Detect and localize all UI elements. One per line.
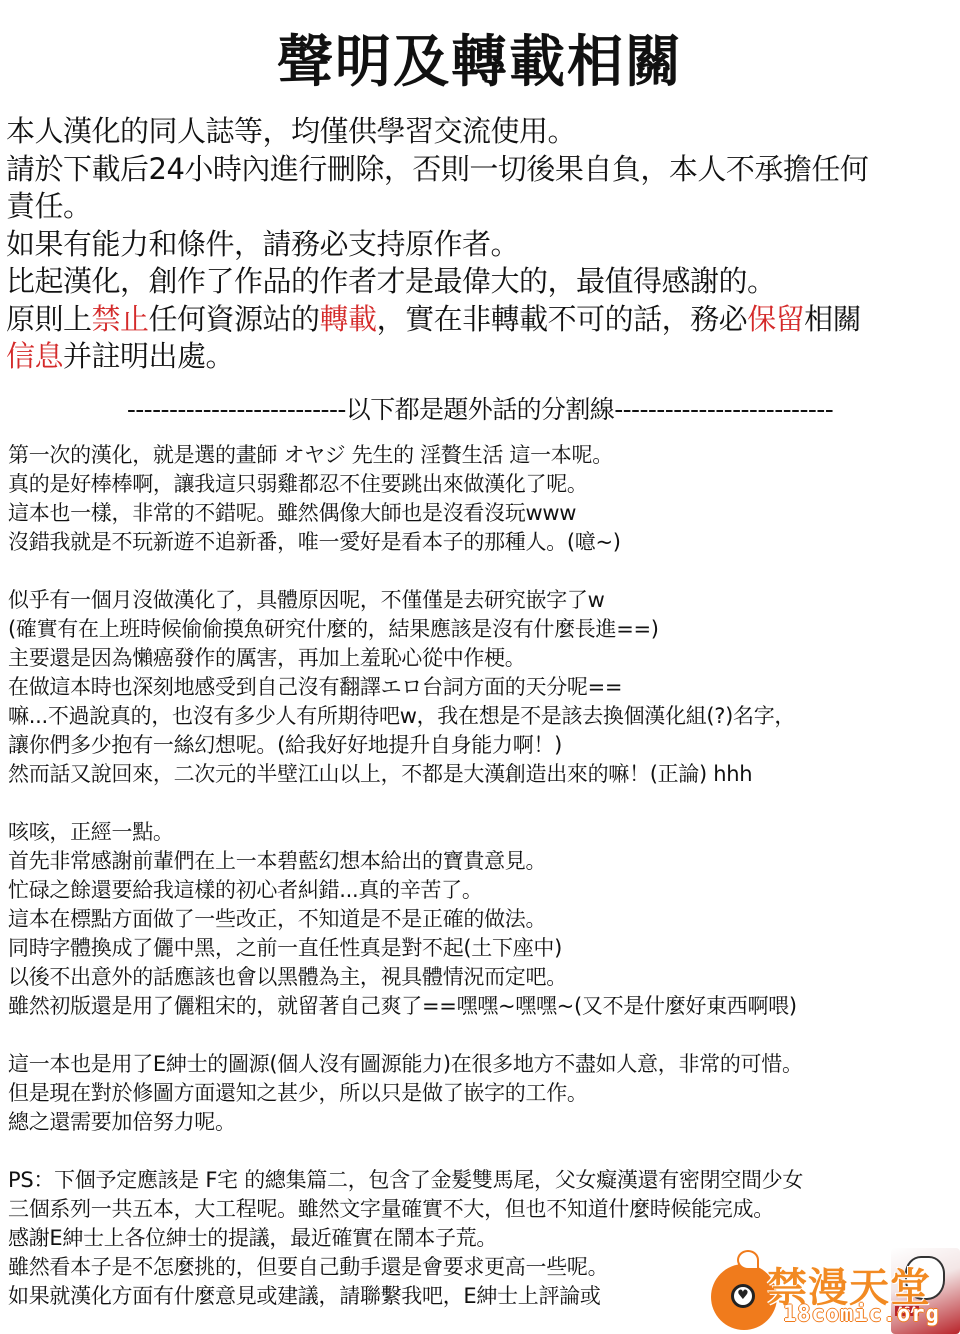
- text-segment: 本人漢化的同人誌等，均僅供學習交流使用。: [6, 114, 576, 148]
- highlighted-text: 信息: [6, 339, 63, 373]
- paragraph-line: (確實有在上班時候偷偷摸魚研究什麼的，結果應該是沒有什麼長進==): [8, 615, 958, 644]
- text-segment: 如果有能力和條件，請務必支持原作者。: [6, 227, 519, 261]
- paragraph-line: 這本也一樣，非常的不錯呢。雖然偶像大師也是沒看沒玩www: [8, 499, 958, 528]
- paragraph: 這一本也是用了E紳士的圖源(個人沒有圖源能力)在很多地方不盡如人意，非常的可惜。…: [8, 1050, 958, 1137]
- afterword-body: 第一次的漢化，就是選的畫師 オヤジ 先生的 淫贅生活 這一本呢。真的是好棒棒啊，…: [8, 441, 958, 1334]
- paragraph: 咳咳，正經一點。首先非常感謝前輩們在上一本碧藍幻想本給出的寶貴意見。忙碌之餘還要…: [8, 818, 958, 1021]
- text-segment: ，實在非轉載不可的話，務必: [377, 302, 748, 336]
- paragraph-line: 主要還是因為懶癌發作的厲害，再加上羞恥心從中作梗。: [8, 644, 958, 673]
- paragraph: 似乎有一個月沒做漢化了，具體原因呢，不僅僅是去研究嵌字了w(確實有在上班時候偷偷…: [8, 586, 958, 789]
- paragraph-line: 同時字體換成了儷中黑，之前一直任性真是對不起(土下座中): [8, 934, 958, 963]
- highlighted-text: 轉載: [320, 302, 377, 336]
- highlighted-text: 保留: [747, 302, 804, 336]
- paragraph-line: 三個系列一共五本，大工程呢。雖然文字量確實不大，但也不知道什麼時候能完成。: [8, 1195, 958, 1224]
- site-watermark: ♥ ASA 禁漫天堂 18comic.org: [705, 1248, 960, 1334]
- text-segment: 相關: [804, 302, 861, 336]
- paragraph-line: 這一本也是用了E紳士的圖源(個人沒有圖源能力)在很多地方不盡如人意，非常的可惜。: [8, 1050, 958, 1079]
- paragraph-line: 忙碌之餘還要給我這樣的初心者糾錯...真的辛苦了。: [8, 876, 958, 905]
- declaration-line: 本人漢化的同人誌等，均僅供學習交流使用。: [6, 113, 960, 151]
- paragraph-line: 嘛...不過說真的，也沒有多少人有所期待吧w，我在想是不是該去換個漢化組(?)名…: [8, 702, 958, 731]
- declaration-line: 責任。: [6, 188, 960, 226]
- paragraph-line: 雖然初版還是用了儷粗宋的，就留著自己爽了==嘿嘿~嘿嘿~(又不是什麼好東西啊喂): [8, 992, 958, 1021]
- paragraph-line: 似乎有一個月沒做漢化了，具體原因呢，不僅僅是去研究嵌字了w: [8, 586, 958, 615]
- paragraph: 第一次的漢化，就是選的畫師 オヤジ 先生的 淫贅生活 這一本呢。真的是好棒棒啊，…: [8, 441, 958, 557]
- paragraph-line: 總之還需要加倍努力呢。: [8, 1108, 958, 1137]
- declaration-line: 比起漢化，創作了作品的作者才是最偉大的，最值得感謝的。: [6, 263, 960, 301]
- paragraph-line: 首先非常感謝前輩們在上一本碧藍幻想本給出的寶貴意見。: [8, 847, 958, 876]
- declaration-block: 本人漢化的同人誌等，均僅供學習交流使用。請於下載后24小時內進行刪除，否則一切後…: [6, 113, 960, 376]
- paragraph-line: 第一次的漢化，就是選的畫師 オヤジ 先生的 淫贅生活 這一本呢。: [8, 441, 958, 470]
- paragraph-line: 咳咳，正經一點。: [8, 818, 958, 847]
- paragraph-line: 讓你們多少抱有一絲幻想呢。(給我好好地提升自身能力啊！): [8, 731, 958, 760]
- declaration-line: 原則上禁止任何資源站的轉載，實在非轉載不可的話，務必保留相關: [6, 301, 960, 339]
- heart-eye-icon: ♥: [731, 1284, 755, 1308]
- paragraph-line: 但是現在對於修圖方面還知之甚少，所以只是做了嵌字的工作。: [8, 1079, 958, 1108]
- text-segment: 原則上: [6, 302, 92, 336]
- text-segment: 責任。: [6, 189, 92, 223]
- paragraph-line: 這本在標點方面做了一些改正，不知道是不是正確的做法。: [8, 905, 958, 934]
- text-segment: 比起漢化，創作了作品的作者才是最偉大的，最值得感謝的。: [6, 264, 776, 298]
- paragraph-line: 沒錯我就是不玩新遊不追新番，唯一愛好是看本子的那種人。(噫~): [8, 528, 958, 557]
- watermark-url: 18comic.org: [783, 1302, 940, 1327]
- declaration-line: 請於下載后24小時內進行刪除，否則一切後果自負，本人不承擔任何: [6, 151, 960, 189]
- paragraph-line: 真的是好棒棒啊，讓我這只弱雞都忍不住要跳出來做漢化了呢。: [8, 470, 958, 499]
- paragraph-line: 在做這本時也深刻地感受到自己沒有翻譯エロ台詞方面的天分呢==: [8, 673, 958, 702]
- paragraph-line: PS：下個予定應該是 F宅 的總集篇二，包含了金髮雙馬尾，父女癡漢還有密閉空間少…: [8, 1166, 958, 1195]
- text-segment: 并註明出處。: [63, 339, 234, 373]
- declaration-line: 信息并註明出處。: [6, 338, 960, 376]
- sprout-icon: [737, 1250, 759, 1270]
- declaration-line: 如果有能力和條件，請務必支持原作者。: [6, 226, 960, 264]
- section-separator: --------------------------以下都是題外話的分割線---…: [0, 392, 960, 428]
- paragraph-line: 以後不出意外的話應該也會以黑體為主，視具體情況而定吧。: [8, 963, 958, 992]
- paragraph-line: 然而話又說回來，二次元的半壁江山以上，不都是大漢創造出來的嘛！(正論) hhh: [8, 760, 958, 789]
- text-segment: 請於下載后24小時內進行刪除，否則一切後果自負，本人不承擔任何: [6, 152, 868, 186]
- highlighted-text: 禁止: [92, 302, 149, 336]
- text-segment: 任何資源站的: [149, 302, 320, 336]
- page-title: 聲明及轉載相關: [0, 28, 960, 98]
